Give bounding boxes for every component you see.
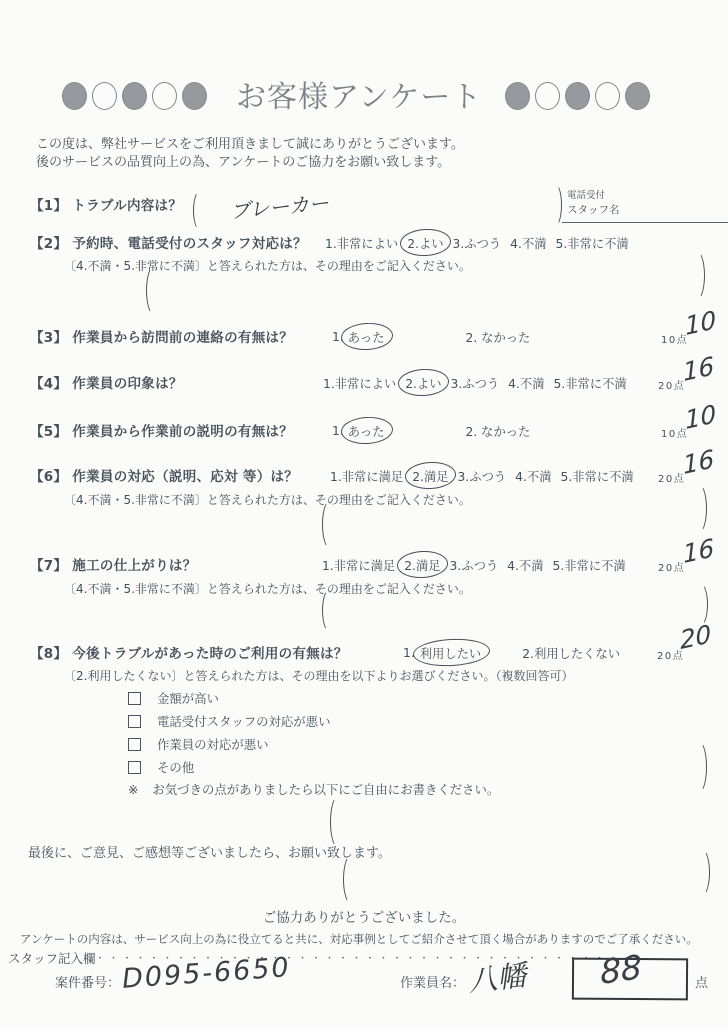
answer-bracket-open bbox=[343, 855, 359, 904]
staff-name-label: スタッフ名 bbox=[567, 202, 620, 217]
q8-option-2: 2.利用したくない bbox=[522, 644, 620, 662]
q8-sub-prompt: 〔2.利用したくない〕と答えられた方は、その理由を以下よりお選びください。（複数… bbox=[64, 667, 573, 684]
q6-options: 1.非常に満足 2.満足 3.ふつう 4.不満 5.非常に不満 bbox=[330, 467, 643, 485]
header-dots-right bbox=[505, 82, 655, 110]
q2-options: 1.非常によい 2.よい 3.ふつう 4.不満 5.非常に不満 bbox=[325, 234, 638, 252]
q8-checkbox-label-4: その他 bbox=[157, 758, 194, 776]
dot-filled-icon bbox=[505, 82, 530, 110]
q7-option-4: 4.不満 bbox=[507, 556, 543, 574]
score-unit-label: 点 bbox=[695, 972, 708, 991]
thanks-line: ご協力ありがとうございました。 bbox=[0, 906, 728, 926]
q2-option-1: 1.非常によい bbox=[325, 234, 398, 252]
dot-filled-icon bbox=[565, 82, 590, 110]
staff-name-underline bbox=[562, 222, 728, 223]
notice-line: アンケートの内容は、サービス向上の為に役立てると共に、対応事例としてご紹介させて… bbox=[20, 931, 698, 947]
checkbox-icon bbox=[128, 715, 141, 728]
phone-reception-label: 電話受付 bbox=[567, 187, 605, 201]
checkbox-icon bbox=[128, 761, 141, 774]
q8-note-row: ※ お気づきの点がありましたら以下にご自由にお書きください。 bbox=[128, 780, 499, 798]
q2-option-5: 5.非常に不満 bbox=[556, 234, 629, 252]
q7-label: 【7】 施工の仕上がりは？ bbox=[30, 554, 197, 574]
q8-checkbox-label-3: 作業員の対応が悪い bbox=[157, 735, 269, 753]
q8-checkbox-label-2: 電話受付スタッフの対応が悪い bbox=[157, 712, 330, 730]
q4-label: 【4】 作業員の印象は？ bbox=[30, 372, 183, 392]
q3-label: 【3】 作業員から訪問前の連絡の有無は？ bbox=[30, 326, 293, 346]
q4-handwritten-score: 16 bbox=[682, 351, 715, 387]
answer-bracket-open bbox=[193, 191, 206, 230]
q4-points-label: 20点 bbox=[658, 377, 685, 392]
q5-option-1-circled: あった bbox=[348, 422, 385, 440]
answer-bracket-close bbox=[689, 251, 705, 300]
answer-bracket-close bbox=[694, 849, 710, 896]
q8-checkbox-row: 金額が高い bbox=[128, 689, 219, 707]
answer-bracket-close bbox=[691, 741, 707, 793]
q5-handwritten-score: 10 bbox=[684, 399, 717, 435]
q8-option-1-circled: 利用したい bbox=[420, 644, 482, 662]
header-dots-left bbox=[62, 82, 212, 110]
dot-filled-icon bbox=[62, 82, 87, 110]
q8-checkbox-row: 作業員の対応が悪い bbox=[128, 735, 269, 753]
q4-options: 1.非常によい 2.よい 3.ふつう 4.不満 5.非常に不満 bbox=[323, 374, 636, 392]
q6-option-5: 5.非常に不満 bbox=[561, 467, 634, 485]
q1-label: 【1】 トラブル内容は？ bbox=[30, 194, 182, 214]
q6-option-4: 4.不満 bbox=[515, 467, 551, 485]
reference-mark-icon: ※ bbox=[128, 782, 138, 797]
dot-filled-icon bbox=[122, 82, 147, 110]
intro-line-2: 後のサービスの品質向上の為、アンケートのご協力をお願い致します。 bbox=[36, 154, 464, 172]
q4-option-1: 1.非常によい bbox=[323, 374, 396, 392]
q6-points-label: 20点 bbox=[658, 470, 685, 485]
q7-reason-prompt: 〔4.不満・5.非常に不満〕と答えられた方は、その理由をご記入ください。 bbox=[64, 580, 471, 597]
checkbox-icon bbox=[128, 738, 141, 751]
q8-options: 1. 利用したい 2.利用したくない bbox=[403, 644, 629, 662]
q2-label: 【2】 予約時、電話受付のスタッフ対応は？ bbox=[30, 232, 307, 252]
final-comments-prompt: 最後に、ご意見、ご感想等ございましたら、お願い致します。 bbox=[28, 842, 391, 861]
intro-text: この度は、弊社サービスをご利用頂きまして誠にありがとうございます。 後のサービス… bbox=[36, 136, 464, 171]
q4-option-4: 4.不満 bbox=[508, 374, 544, 392]
dot-outline-icon bbox=[535, 82, 560, 110]
worker-name-handwritten: 八幡 bbox=[466, 953, 528, 1000]
q7-handwritten-score: 16 bbox=[682, 533, 715, 569]
checkbox-icon bbox=[128, 692, 141, 705]
q6-label: 【6】 作業員の対応（説明、応対 等）は？ bbox=[30, 465, 298, 485]
q8-checkbox-row: その他 bbox=[128, 758, 194, 776]
staff-name-bracket bbox=[549, 184, 562, 226]
q8-handwritten-score: 20 bbox=[679, 619, 712, 655]
case-number-label: 案件番号： bbox=[55, 972, 120, 991]
dot-outline-icon bbox=[92, 82, 117, 110]
q3-option-2: 2. なかった bbox=[466, 328, 531, 346]
q4-option-5: 5.非常に不満 bbox=[554, 374, 627, 392]
q6-option-1: 1.非常に満足 bbox=[330, 467, 403, 485]
q1-handwritten-answer: ブレーカー bbox=[229, 187, 330, 225]
q2-reason-prompt: 〔4.不満・5.非常に不満〕と答えられた方は、その理由をご記入ください。 bbox=[64, 257, 471, 274]
q3-points-label: 10点 bbox=[661, 331, 688, 346]
q5-option-2: 2. なかった bbox=[466, 422, 531, 440]
q7-option-5: 5.非常に不満 bbox=[553, 556, 626, 574]
answer-bracket-open bbox=[322, 589, 337, 632]
q2-option-3: 3.ふつう bbox=[453, 234, 502, 252]
q6-option-2-circled: 2.満足 bbox=[412, 467, 448, 485]
q6-option-3: 3.ふつう bbox=[458, 467, 507, 485]
q3-option-1-circled: あった bbox=[348, 328, 385, 346]
staff-entry-label: スタッフ記入欄 bbox=[8, 951, 96, 966]
q2-option-4: 4.不満 bbox=[510, 234, 546, 252]
q7-points-label: 20点 bbox=[658, 559, 685, 574]
q2-option-2-circled: 2.よい bbox=[407, 234, 443, 252]
dot-outline-icon bbox=[595, 82, 620, 110]
dot-filled-icon bbox=[625, 82, 650, 110]
answer-bracket-open bbox=[322, 500, 338, 549]
q5-points-label: 10点 bbox=[661, 425, 688, 440]
intro-line-1: この度は、弊社サービスをご利用頂きまして誠にありがとうございます。 bbox=[36, 136, 464, 154]
dot-filled-icon bbox=[182, 82, 207, 110]
q5-label: 【5】 作業員から作業前の説明の有無は？ bbox=[30, 420, 293, 440]
q4-option-2-circled: 2.よい bbox=[405, 374, 441, 392]
answer-bracket-close bbox=[691, 484, 707, 533]
staff-entry-row: スタッフ記入欄・・・・・・・・・・・・・・・・・・・・・・・・・・・・・・・・・… bbox=[8, 949, 636, 967]
q4-option-3: 3.ふつう bbox=[451, 374, 500, 392]
q7-option-2-circled: 2.満足 bbox=[404, 556, 440, 574]
q3-options: 1. あった 2. なかった bbox=[332, 328, 539, 346]
q6-reason-prompt: 〔4.不満・5.非常に不満〕と答えられた方は、その理由をご記入ください。 bbox=[64, 491, 471, 508]
q8-label: 【8】 今後トラブルがあった時のご利用の有無は？ bbox=[30, 642, 348, 662]
q6-handwritten-score: 16 bbox=[682, 444, 715, 480]
dot-outline-icon bbox=[152, 82, 177, 110]
q8-checkbox-row: 電話受付スタッフの対応が悪い bbox=[128, 712, 330, 730]
answer-bracket-open bbox=[146, 266, 162, 315]
total-score-handwritten: 88 bbox=[600, 947, 643, 992]
q7-option-1: 1.非常に満足 bbox=[322, 556, 395, 574]
worker-name-label: 作業員名： bbox=[400, 972, 465, 991]
answer-bracket-open bbox=[330, 796, 346, 848]
q3-handwritten-score: 10 bbox=[684, 305, 717, 341]
q7-option-3: 3.ふつう bbox=[450, 556, 499, 574]
customer-survey-form: お客様アンケート この度は、弊社サービスをご利用頂きまして誠にありがとうございま… bbox=[0, 0, 728, 1029]
q5-options: 1. あった 2. なかった bbox=[332, 422, 539, 440]
q8-checkbox-label-1: 金額が高い bbox=[157, 689, 219, 707]
form-title: お客様アンケート bbox=[236, 72, 482, 116]
q7-options: 1.非常に満足 2.満足 3.ふつう 4.不満 5.非常に不満 bbox=[322, 556, 635, 574]
q8-note-text: お気づきの点がありましたら以下にご自由にお書きください。 bbox=[152, 780, 499, 798]
